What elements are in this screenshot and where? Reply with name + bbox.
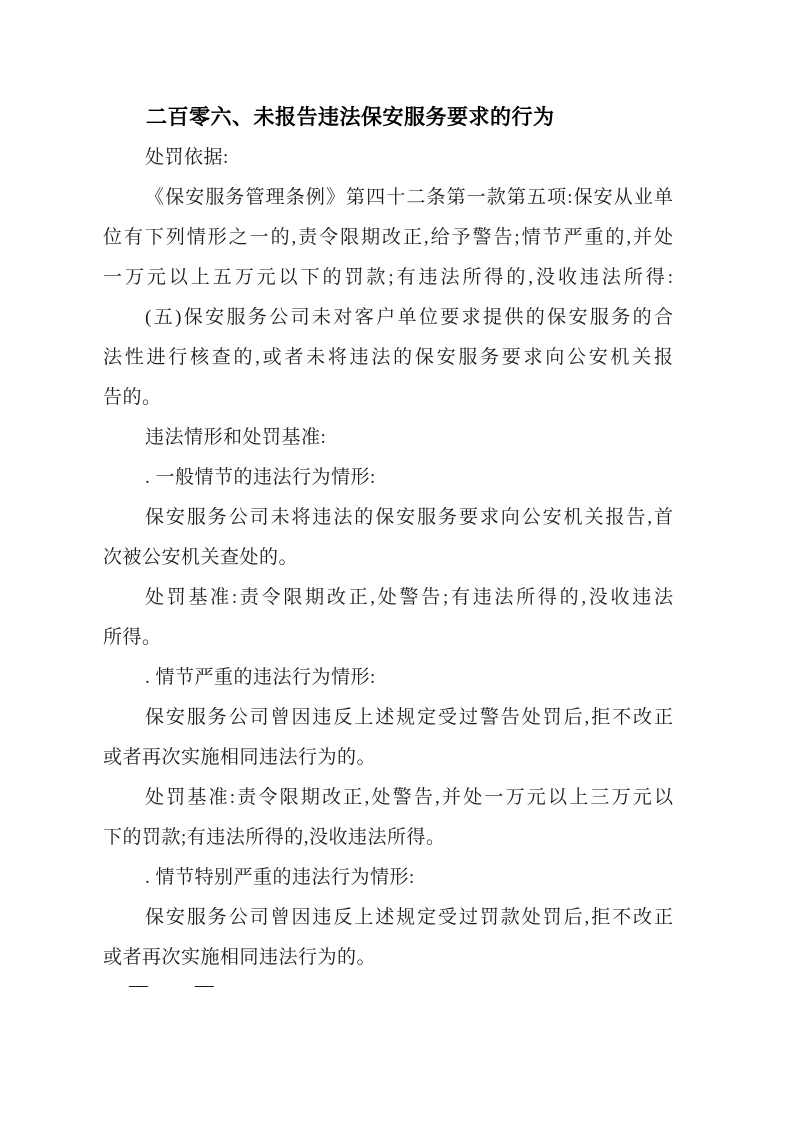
page-footer: — — <box>103 966 673 1006</box>
text-line: 告的。 <box>103 378 673 418</box>
text-line: 保安服务公司曾因违反上述规定受过罚款处罚后,拒不改正 <box>103 898 673 938</box>
text-line: 违法情形和处罚基准: <box>103 418 673 458</box>
text-line: 次被公安机关查处的。 <box>103 538 673 578</box>
text-line: 位有下列情形之一的,责令限期改正,给予警告;情节严重的,并处 <box>103 218 673 258</box>
text-line: 处罚依据: <box>103 138 673 178</box>
text-line: 处罚基准:责令限期改正,处警告,并处一万元以上三万元以 <box>103 778 673 818</box>
text-line: 保安服务公司曾因违反上述规定受过警告处罚后,拒不改正 <box>103 698 673 738</box>
text-line: 或者再次实施相同违法行为的。 <box>103 738 673 778</box>
document-text-block: 二百零六、未报告违法保安服务要求的行为 处罚依据: 《保安服务管理条例》第四十二… <box>103 98 673 978</box>
text-line: 保安服务公司未将违法的保安服务要求向公安机关报告,首 <box>103 498 673 538</box>
text-line: (五)保安服务公司未对客户单位要求提供的保安服务的合 <box>103 298 673 338</box>
text-line: 一万元以上五万元以下的罚款;有违法所得的,没收违法所得: <box>103 258 673 298</box>
document-page: 二百零六、未报告违法保安服务要求的行为 处罚依据: 《保安服务管理条例》第四十二… <box>0 0 793 1122</box>
text-line: 处罚基准:责令限期改正,处警告;有违法所得的,没收违法 <box>103 578 673 618</box>
document-title: 二百零六、未报告违法保安服务要求的行为 <box>103 98 673 138</box>
text-line: 法性进行核查的,或者未将违法的保安服务要求向公安机关报 <box>103 338 673 378</box>
footer-dash-left: — <box>129 966 148 1006</box>
text-line: 下的罚款;有违法所得的,没收违法所得。 <box>103 818 673 858</box>
text-line: . 情节严重的违法行为情形: <box>103 658 673 698</box>
text-line: . 一般情节的违法行为情形: <box>103 458 673 498</box>
text-line: 《保安服务管理条例》第四十二条第一款第五项:保安从业单 <box>103 178 673 218</box>
footer-dash-right: — <box>195 966 214 1006</box>
text-line: 所得。 <box>103 618 673 658</box>
text-line: . 情节特别严重的违法行为情形: <box>103 858 673 898</box>
